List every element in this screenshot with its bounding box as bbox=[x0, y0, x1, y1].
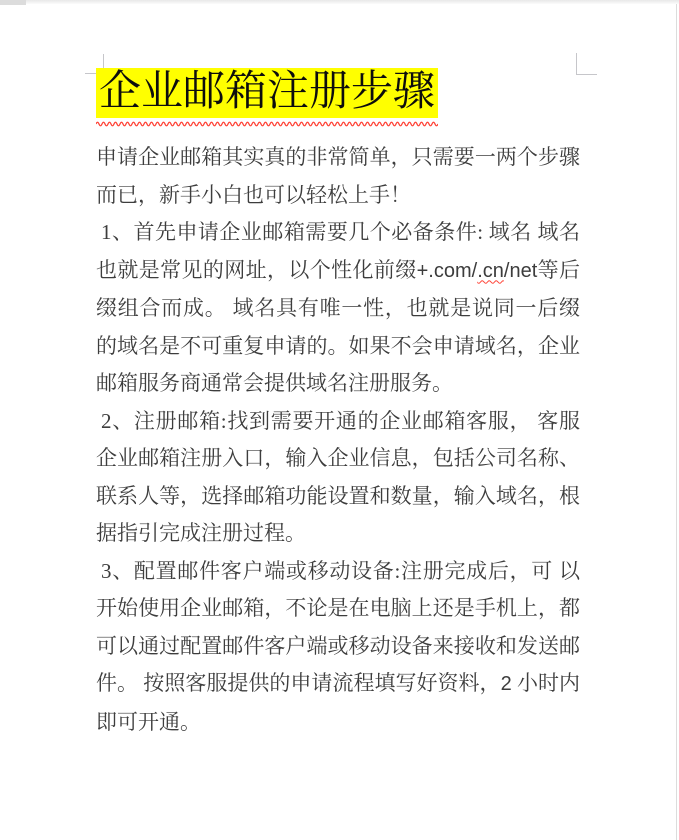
title-highlight: 企业邮箱注册步骤 bbox=[96, 68, 438, 118]
text-run-latin: /net bbox=[504, 260, 537, 282]
step3-paragraph: 3、配置邮件客户端或移动设备:注册完成后，可 以开始使用企业邮箱，不论是在电脑上… bbox=[96, 553, 580, 742]
body-text: 申请企业邮箱其实真的非常简单，只需要一两个步骤而已，新手小白也可以轻松上手！ 1… bbox=[96, 139, 580, 741]
spellcheck-underline-title bbox=[96, 120, 438, 128]
page-right-edge bbox=[676, 4, 677, 840]
page-top-edge-chip bbox=[0, 0, 26, 5]
step1-paragraph: 1、首先申请企业邮箱需要几个必备条件: 域名 域名也就是常见的网址，以个性化前缀… bbox=[96, 214, 580, 403]
text-run-latin: +.com/ bbox=[417, 260, 478, 282]
page-title: 企业邮箱注册步骤 bbox=[96, 66, 580, 119]
intro-paragraph: 申请企业邮箱其实真的非常简单，只需要一两个步骤而已，新手小白也可以轻松上手！ bbox=[96, 139, 580, 214]
text-run: 2、注册邮箱:找到需要开通的企业邮箱客服， 客服企业邮箱注册入口，输入企业信息，… bbox=[96, 409, 580, 546]
text-run-latin: 2 bbox=[501, 673, 512, 695]
spellcheck-wave-path bbox=[96, 122, 438, 126]
document-page: 企业邮箱注册步骤 申请企业邮箱其实真的非常简单，只需要一两个步骤而已，新手小白也… bbox=[96, 66, 580, 741]
misspelled-word-cn: .cn bbox=[477, 260, 504, 282]
page-top-edge bbox=[0, 0, 679, 4]
text-run: 申请企业邮箱其实真的非常简单，只需要一两个步骤而已，新手小白也可以轻松上手！ bbox=[96, 145, 580, 207]
step2-paragraph: 2、注册邮箱:找到需要开通的企业邮箱客服， 客服企业邮箱注册入口，输入企业信息，… bbox=[96, 403, 580, 553]
